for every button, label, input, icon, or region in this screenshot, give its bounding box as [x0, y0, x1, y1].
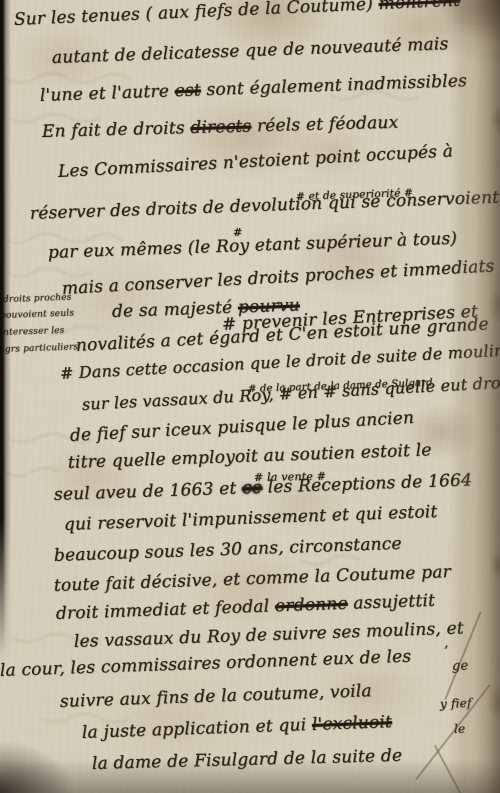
- main-line: la juste application et qui l'excluoit: [82, 714, 393, 742]
- text-run: de fief sur iceux puisque le plus ancien: [69, 408, 414, 446]
- text-run: y fief: [440, 696, 472, 711]
- margin-note-left: pouvoient seuls: [0, 309, 74, 321]
- text-run: seul aveu de 1663 et: [54, 478, 243, 505]
- text-run: ge: [452, 658, 469, 674]
- main-line: toute fait décisive, et comme la Coutume…: [54, 564, 452, 595]
- text-run: la dame de Fisulgard de la suite de: [92, 746, 403, 774]
- main-line: sur les vassaux du Roy, # en # sans quel…: [82, 374, 500, 413]
- main-line: En fait de droits directs réels et féoda…: [42, 115, 399, 141]
- text-run: droit immediat et feodal: [56, 596, 276, 624]
- text-run: l'excluoit: [312, 712, 393, 735]
- margin-note-left: sgrs particuliers: [0, 343, 78, 355]
- text-run: toute fait décisive, et comme la Coutume…: [54, 562, 452, 596]
- text-run: réels et féodaux: [251, 113, 399, 137]
- text-run: sgrs particuliers: [0, 342, 78, 355]
- margin-note-left: droits proches: [3, 294, 72, 305]
- main-line: titre quelle employoit au soutien estoit…: [68, 442, 432, 472]
- text-run: montrent: [378, 0, 460, 14]
- main-line: la dame de Fisulgard de la suite de: [92, 748, 403, 773]
- text-run: mais a conserver les droits proches et i…: [61, 256, 494, 299]
- margin-note-left: interesser les: [0, 327, 65, 338]
- main-line: seul aveu de 1663 et ce les Receptions d…: [54, 472, 473, 504]
- text-run: titre quelle employoit au soutien estoit…: [68, 440, 432, 473]
- text-run: le: [454, 722, 466, 736]
- text-run: la juste application et qui: [82, 715, 313, 743]
- text-run: assujettit: [347, 591, 435, 614]
- text-run: sur les vassaux du Roy, # en # sans quel…: [81, 372, 500, 414]
- main-line: Sur les tenues ( aux fiefs de la Coutume…: [14, 0, 461, 29]
- main-line: suivre aux fins de la coutume, voila: [60, 683, 372, 711]
- main-line: par eux mêmes (le Roy etant supérieur à …: [48, 231, 458, 262]
- text-run: la cour, les commissaires ordonnent eux …: [0, 647, 412, 681]
- main-line: l'une et l'autre est sont également inad…: [40, 73, 468, 105]
- text-run: est: [174, 80, 201, 101]
- text-run: autant de delicatesse que de nouveauté m…: [52, 34, 449, 68]
- manuscript-page: Sur les tenues ( aux fiefs de la Coutume…: [0, 0, 500, 793]
- margin-note-right: le: [454, 723, 466, 735]
- text-run: qui reservoit l'impunissement et qui est…: [64, 502, 438, 535]
- main-line: beaucoup sous les 30 ans, circonstance: [54, 536, 402, 565]
- text-run: sont également inadmissibles: [201, 71, 468, 100]
- margin-note-right: y fief: [440, 697, 472, 710]
- text-run: pouvoient seuls: [0, 308, 74, 321]
- margin-note-right: ge: [452, 659, 469, 673]
- text-run: Sur les tenues ( aux fiefs de la Coutume…: [14, 0, 379, 30]
- main-line: qui reservoit l'impunissement et qui est…: [64, 504, 438, 534]
- text-run: suivre aux fins de la coutume, voila: [60, 681, 373, 712]
- text-run: ce: [242, 478, 263, 499]
- main-line: de fief sur iceux puisque le plus ancien: [70, 410, 415, 445]
- text-run: l'une et l'autre: [40, 81, 175, 106]
- text-run: Les Commissaires n'estoient point occupé…: [57, 141, 453, 182]
- text-run: ordonne: [275, 594, 348, 617]
- text-run: En fait de droits: [42, 118, 191, 142]
- text-run: directs: [190, 117, 251, 139]
- main-line: la cour, les commissaires ordonnent eux …: [0, 649, 412, 680]
- main-line: réserver des droits de devolution qui se…: [30, 190, 500, 223]
- main-line: Les Commissaires n'estoient point occupé…: [58, 143, 454, 181]
- insertion-mark: ’: [444, 645, 448, 658]
- text-run: de sa majesté: [112, 298, 239, 322]
- handwriting-layer: Sur les tenues ( aux fiefs de la Coutume…: [0, 0, 500, 793]
- text-run: par eux mêmes (le Roy etant supérieur à …: [48, 229, 458, 263]
- main-line: droit immediat et feodal ordonne assujet…: [56, 593, 436, 623]
- main-line: autant de delicatesse que de nouveauté m…: [52, 36, 449, 67]
- text-run: réserver des droits de devolution qui se…: [30, 188, 500, 224]
- main-line: mais a conserver les droits proches et i…: [62, 258, 495, 298]
- text-run: beaucoup sous les 30 ans, circonstance: [54, 534, 402, 566]
- text-run: droits proches: [3, 293, 72, 305]
- text-run: ’: [444, 644, 448, 659]
- text-run: interesser les: [0, 326, 65, 338]
